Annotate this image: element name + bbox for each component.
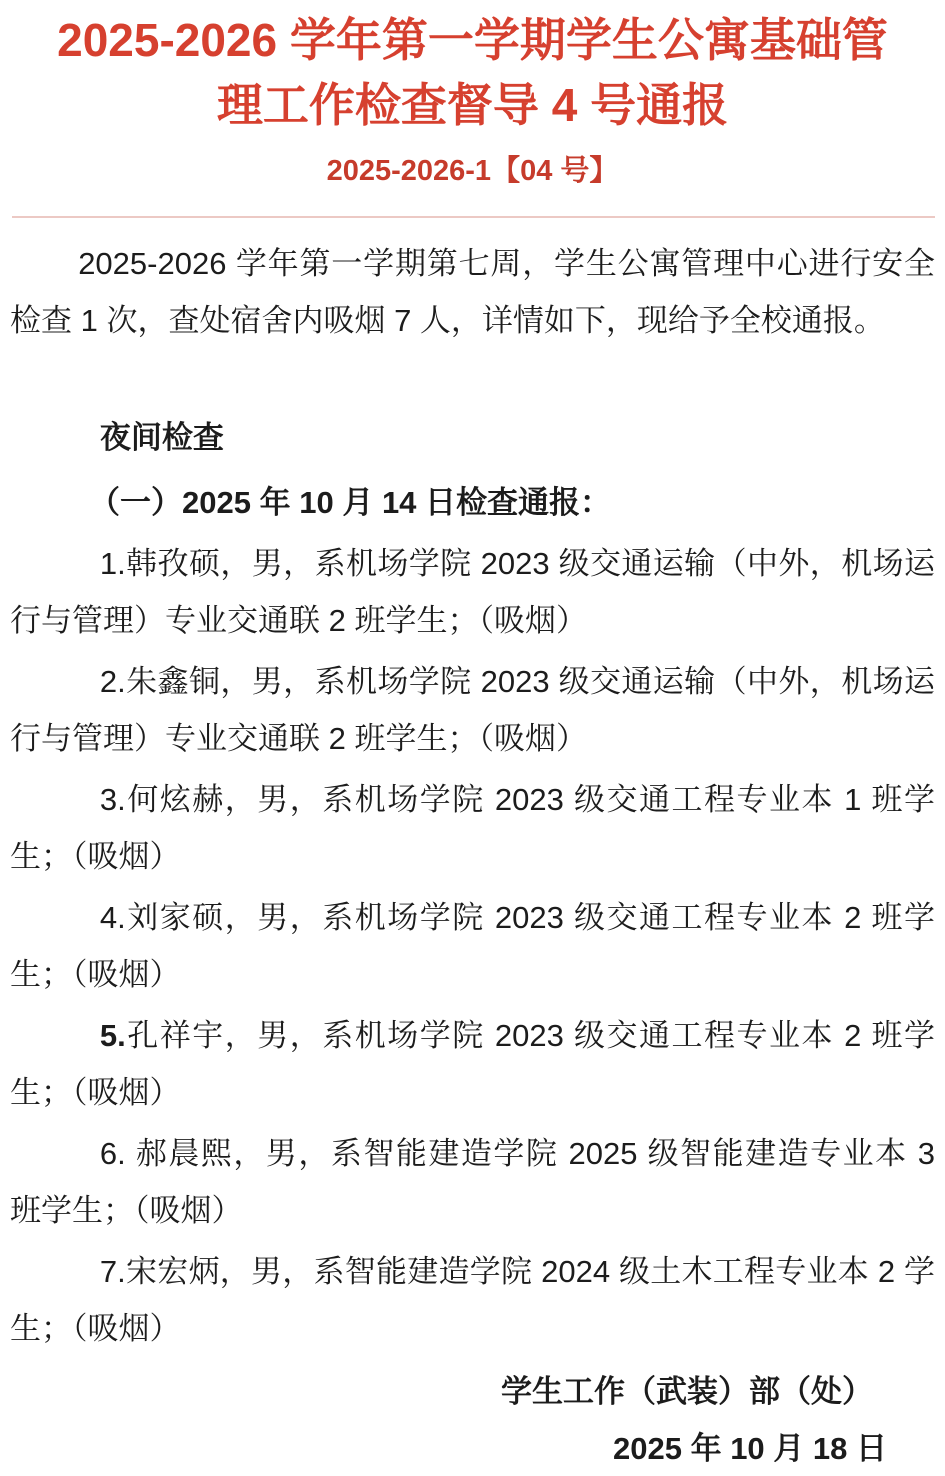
item-text: 何炫赫，男，系机场学院 2023 级交通工程专业本 1 班学生；（吸烟） [10, 782, 935, 874]
item-text: 韩孜硕，男，系机场学院 2023 级交通运输（中外，机场运行与管理）专业交通联 … [10, 546, 935, 638]
item-number: 4. [100, 900, 126, 935]
violation-item-7: 7.宋宏炳，男，系智能建造学院 2024 级土木工程专业本 2 学生；（吸烟） [10, 1243, 935, 1357]
item-text: 郝晨熙，男，系智能建造学院 2025 级智能建造专业本 3 班学生；（吸烟） [10, 1136, 935, 1228]
signature-department: 学生工作（武装）部（处） [10, 1363, 873, 1420]
violation-item-1: 1.韩孜硕，男，系机场学院 2023 级交通运输（中外，机场运行与管理）专业交通… [10, 535, 935, 649]
title-divider [12, 216, 935, 218]
item-number: 3. [100, 782, 126, 817]
notice-title: 2025-2026 学年第一学期学生公寓基础管 理工作检查督导 4 号通报 [34, 8, 911, 138]
item-number: 5. [100, 1018, 126, 1053]
signature-date: 2025 年 10 月 18 日 [10, 1420, 887, 1476]
issue-number: 2025-2026-1【04 号】 [10, 154, 935, 188]
intro-paragraph: 2025-2026 学年第一学期第七周，学生公寓管理中心进行安全检查 1 次，查… [10, 235, 935, 349]
item-text: 孔祥宇，男，系机场学院 2023 级交通工程专业本 2 班学生；（吸烟） [10, 1018, 935, 1110]
item-text: 刘家硕，男，系机场学院 2023 级交通工程专业本 2 班学生；（吸烟） [10, 900, 935, 992]
violation-item-2: 2.朱鑫铜，男，系机场学院 2023 级交通运输（中外，机场运行与管理）专业交通… [10, 653, 935, 767]
violation-item-6: 6. 郝晨熙，男，系智能建造学院 2025 级智能建造专业本 3 班学生；（吸烟… [10, 1125, 935, 1239]
item-text: 宋宏炳，男，系智能建造学院 2024 级土木工程专业本 2 学生；（吸烟） [10, 1254, 935, 1346]
violation-item-3: 3.何炫赫，男，系机场学院 2023 级交通工程专业本 1 班学生；（吸烟） [10, 771, 935, 885]
item-text: 朱鑫铜，男，系机场学院 2023 级交通运输（中外，机场运行与管理）专业交通联 … [10, 664, 935, 756]
item-number: 6. [100, 1136, 126, 1171]
item-number: 2. [100, 664, 126, 699]
signature-block: 学生工作（武装）部（处） 2025 年 10 月 18 日 [10, 1363, 935, 1476]
notice-title-line1: 2025-2026 学年第一学期学生公寓基础管 [34, 8, 911, 73]
item-number: 1. [100, 546, 126, 581]
notice-document: 2025-2026 学年第一学期学生公寓基础管 理工作检查督导 4 号通报 20… [0, 8, 945, 1476]
notice-title-line2: 理工作检查督导 4 号通报 [34, 73, 911, 138]
violation-item-4: 4.刘家硕，男，系机场学院 2023 级交通工程专业本 2 班学生；（吸烟） [10, 889, 935, 1003]
subsection-heading-inspection-date: （一）2025 年 10 月 14 日检查通报： [10, 474, 935, 531]
violation-item-5: 5.孔祥宇，男，系机场学院 2023 级交通工程专业本 2 班学生；（吸烟） [10, 1007, 935, 1121]
item-number: 7. [100, 1254, 126, 1289]
section-heading-night-check: 夜间检查 [10, 409, 935, 466]
